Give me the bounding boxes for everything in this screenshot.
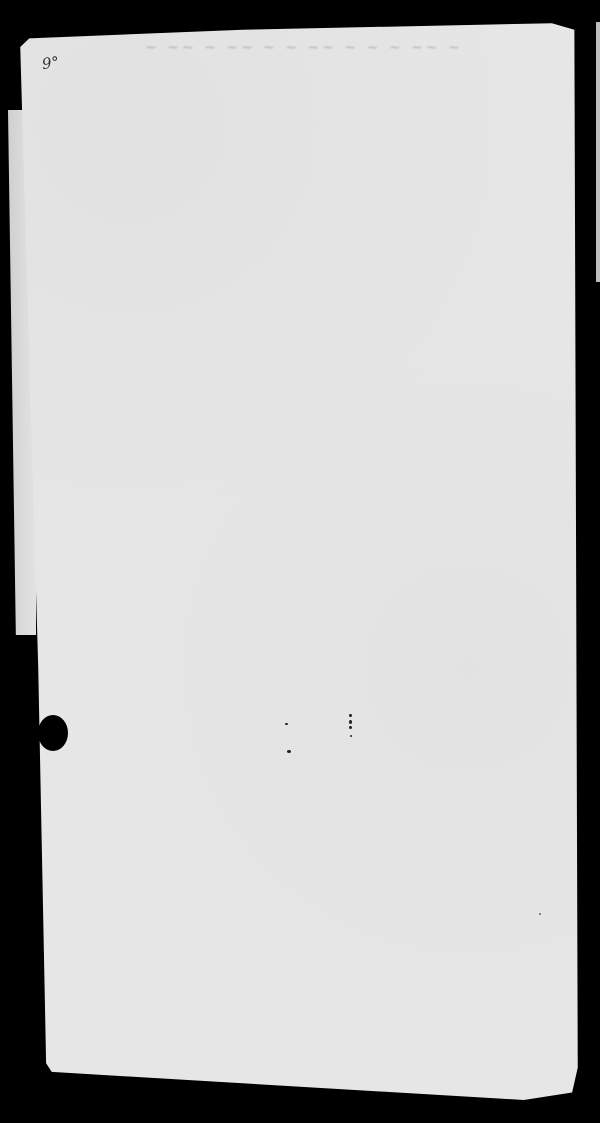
ink-speck (350, 735, 352, 737)
ink-speck (349, 726, 352, 729)
ink-speck (349, 714, 352, 717)
ink-speck (287, 750, 291, 753)
ink-speck (285, 723, 288, 725)
punch-notch (38, 715, 68, 751)
ink-speck (539, 913, 541, 915)
bleed-through-text: ~ ~~ ~ ~~ ~ ~ ~~ ~ ~ ~ ~~ ~ (145, 40, 575, 70)
scanned-document: ~ ~~ ~ ~~ ~ ~ ~~ ~ ~ ~ ~~ ~ 9° (0, 0, 600, 1123)
document-sheet (18, 20, 580, 1100)
ink-speck (349, 720, 352, 724)
handwritten-page-mark: 9° (41, 53, 60, 73)
adjacent-page-edge (596, 22, 600, 282)
